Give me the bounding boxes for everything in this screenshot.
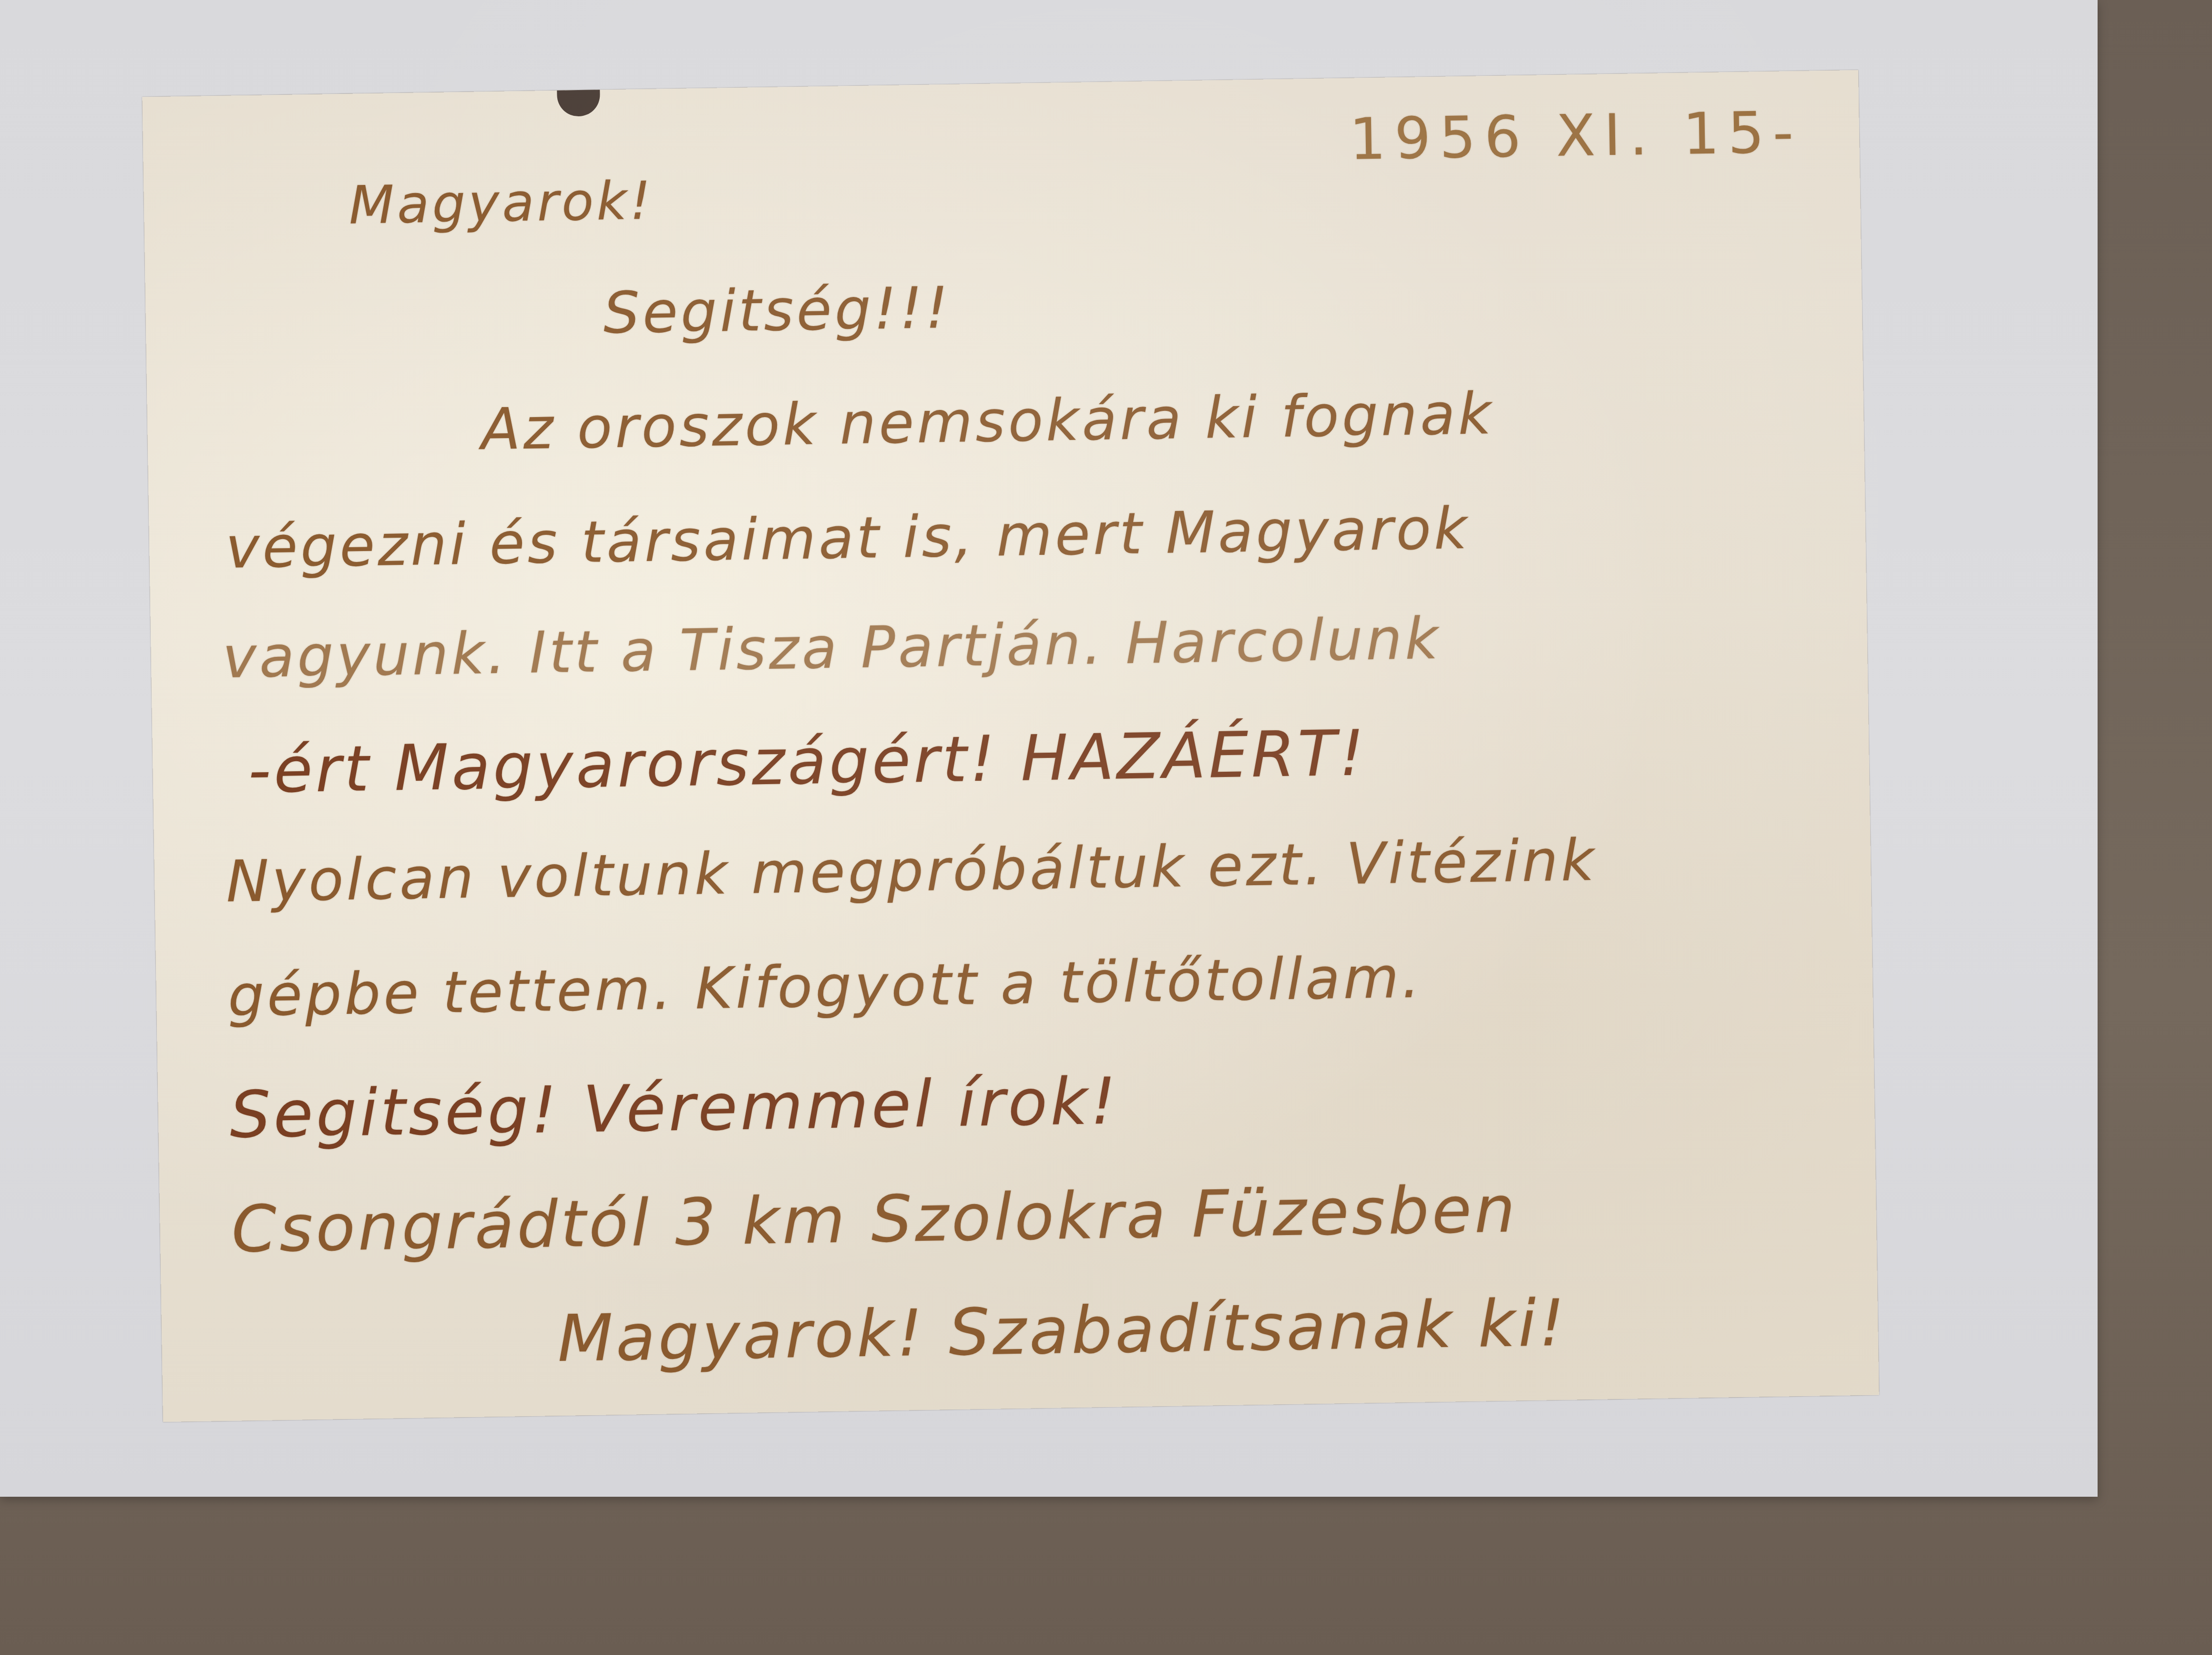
note-line-3: vagyunk. Itt a Tisza Partján. Harcolunk: [222, 606, 1442, 691]
note-greeting: Magyarok!: [348, 170, 654, 236]
note-line-4: -ért Magyarországért! HAZÁÉRT!: [247, 716, 1368, 807]
handwritten-note: 1956 XI. 15- Magyarok! Segitség!!! Az or…: [142, 70, 1879, 1422]
note-line-7: Segitség! Véremmel írok!: [229, 1064, 1120, 1153]
note-date: 1956 XI. 15-: [1349, 100, 1802, 173]
note-line-1: Az oroszok nemsokára ki fognak: [481, 381, 1495, 463]
note-line-2: végezni és társaimat is, mert Magyarok: [225, 496, 1470, 582]
pin-hole-mark: [557, 90, 600, 116]
note-line-9: Magyarok! Szabadítsanak ki!: [557, 1286, 1568, 1376]
note-line-8: Csongrádtól 3 km Szolokra Füzesben: [231, 1172, 1518, 1267]
note-line-6: gépbe tettem. Kifogyott a töltőtollam.: [227, 944, 1423, 1029]
note-line-5: Nyolcan voltunk megpróbáltuk ezt. Vitézi…: [225, 827, 1598, 915]
note-help-title: Segitség!!!: [603, 275, 952, 347]
